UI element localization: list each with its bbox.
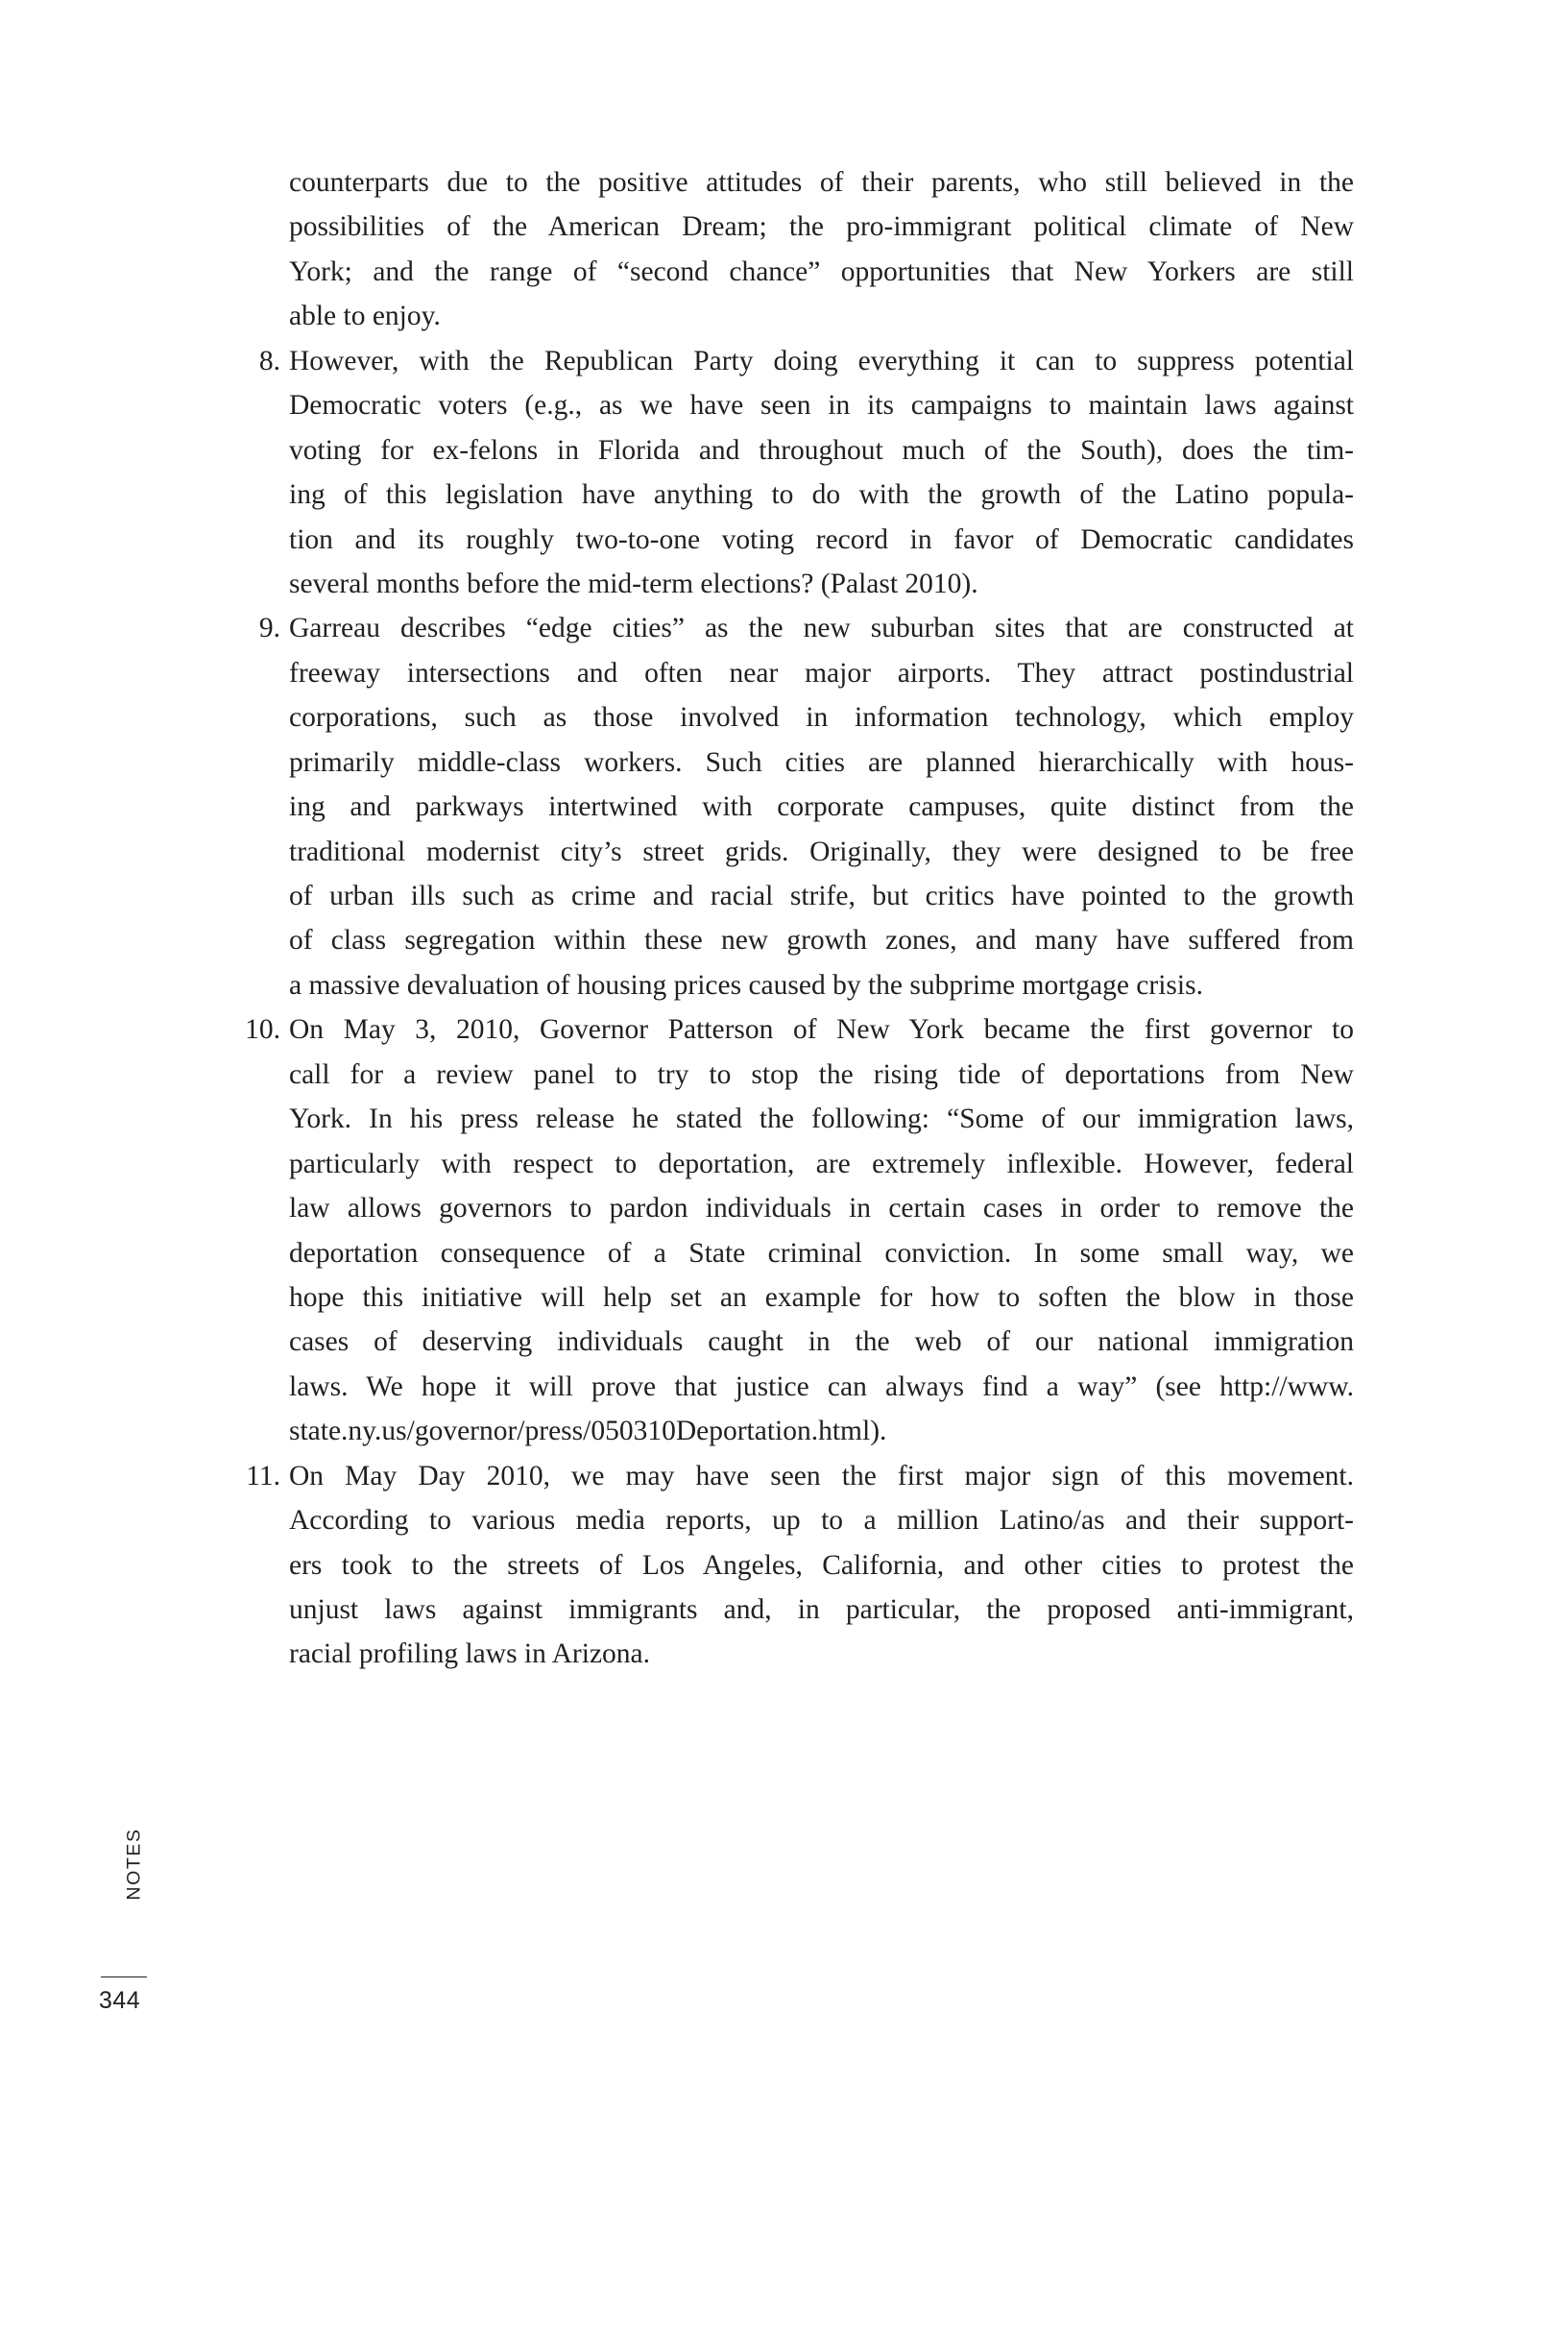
endnotes-list: counterparts due to the positive attitud…: [289, 160, 1354, 1677]
endnote-11: 11. On May Day 2010, we may have seen th…: [289, 1454, 1354, 1677]
note-line: primarily middle-class workers. Such cit…: [289, 740, 1354, 785]
note-line: cases of deserving individuals caught in…: [289, 1320, 1354, 1364]
folio-divider: [101, 1976, 147, 1977]
note-line: Garreau describes “edge cities” as the n…: [289, 606, 1354, 650]
note-line: unjust laws against immigrants and, in p…: [289, 1588, 1354, 1632]
note-line-url: state.ny.us/governor/press/050310Deporta…: [289, 1409, 1354, 1453]
note-line: Democratic voters (e.g., as we have seen…: [289, 383, 1354, 427]
note-line: ing and parkways intertwined with corpor…: [289, 785, 1354, 829]
note-number: 9.: [259, 606, 280, 650]
note-line: On May Day 2010, we may have seen the fi…: [289, 1454, 1354, 1498]
note-line: voting for ex-felons in Florida and thro…: [289, 428, 1354, 473]
note-line: tion and its roughly two-to-one voting r…: [289, 518, 1354, 562]
note-line: traditional modernist city’s street grid…: [289, 830, 1354, 874]
note-line: of urban ills such as crime and racial s…: [289, 874, 1354, 918]
note-line: hope this initiative will help set an ex…: [289, 1275, 1354, 1320]
note-line: law allows governors to pardon individua…: [289, 1186, 1354, 1230]
note-line: freeway intersections and often near maj…: [289, 651, 1354, 695]
note-line: able to enjoy.: [289, 294, 1354, 338]
endnote-7-continuation: counterparts due to the positive attitud…: [289, 160, 1354, 339]
note-line: However, with the Republican Party doing…: [289, 339, 1354, 383]
section-label: NOTES: [124, 1828, 146, 1900]
note-line: ing of this legislation have anything to…: [289, 473, 1354, 517]
note-line: deportation consequence of a State crimi…: [289, 1231, 1354, 1275]
book-page: counterparts due to the positive attitud…: [0, 0, 1568, 2352]
note-line: possibilities of the American Dream; the…: [289, 205, 1354, 249]
note-number: 8.: [259, 339, 280, 383]
note-number: 11.: [246, 1454, 280, 1498]
note-line: York. In his press release he stated the…: [289, 1097, 1354, 1141]
note-line: several months before the mid-term elect…: [289, 562, 1354, 606]
note-line: laws. We hope it will prove that justice…: [289, 1365, 1354, 1409]
note-line: corporations, such as those involved in …: [289, 695, 1354, 740]
note-number: 10.: [245, 1007, 280, 1052]
note-line: According to various media reports, up t…: [289, 1498, 1354, 1542]
running-head-section: NOTES: [121, 1818, 148, 1910]
note-line: call for a review panel to try to stop t…: [289, 1053, 1354, 1097]
note-line: ers took to the streets of Los Angeles, …: [289, 1543, 1354, 1588]
endnote-9: 9. Garreau describes “edge cities” as th…: [289, 606, 1354, 1007]
endnote-10: 10. On May 3, 2010, Governor Patterson o…: [289, 1007, 1354, 1453]
note-line: particularly with respect to deportation…: [289, 1142, 1354, 1186]
endnote-8: 8. However, with the Republican Party do…: [289, 339, 1354, 607]
note-line: York; and the range of “second chance” o…: [289, 250, 1354, 294]
page-number: 344: [99, 1987, 149, 2014]
note-line: of class segregation within these new gr…: [289, 918, 1354, 962]
note-line: On May 3, 2010, Governor Patterson of Ne…: [289, 1007, 1354, 1052]
note-line: a massive devaluation of housing prices …: [289, 963, 1354, 1007]
note-line: racial profiling laws in Arizona.: [289, 1632, 1354, 1676]
note-line: counterparts due to the positive attitud…: [289, 160, 1354, 205]
